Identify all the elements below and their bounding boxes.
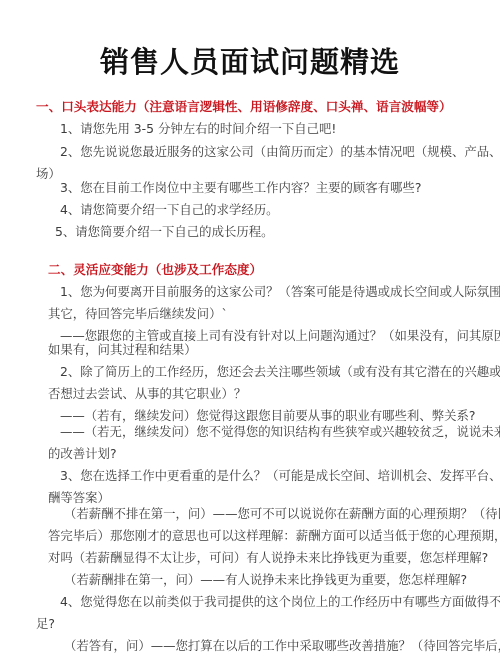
paragraph-line: 的改善计划?	[48, 446, 117, 462]
paragraph-line: ——（若无，继续发问）您不觉得您的知识结构有些狭窄或兴趣较贫乏，说说未来	[60, 424, 500, 440]
paragraph-line: 如果有，问其过程和结果）	[48, 342, 197, 358]
page-title: 销售人员面试问题精选	[0, 40, 500, 81]
paragraph-line: 其它，待回答完毕后继续发问）`	[48, 306, 228, 322]
paragraph-line: ——（若有，继续发问）您觉得这跟您目前要从事的职业有哪些利、弊关系?	[60, 408, 475, 424]
paragraph-line: 对吗（若薪酬显得不太让步，可问）有人说挣未来比挣钱更为重要，您怎样理解?	[48, 550, 488, 566]
paragraph-line: （若答有，问）——您打算在以后的工作中采取哪些改善措施？（待回答完毕后，	[64, 638, 500, 654]
paragraph-line: 否想过去尝试、从事的其它职业）？	[48, 386, 246, 402]
paragraph-line: （若薪酬不排在第一，问）——您可不可以说说你在薪酬方面的心理预期？（待回	[64, 506, 500, 522]
paragraph-line: （若薪酬排在第一，问）——有人说挣未来比挣钱更为重要，您怎样理解?	[64, 572, 467, 588]
paragraph-line: 足?	[36, 616, 55, 632]
paragraph-line: 答完毕后）那您刚才的意思也可以这样理解：薪酬方面可以适当低于您的心理预期，	[48, 528, 500, 544]
paragraph-line: 4、您觉得您在以前类似于我司提供的这个岗位上的工作经历中有哪些方面做得不	[60, 594, 500, 610]
paragraph-line: 2、您先说说您最近服务的这家公司（由简历而定）的基本情况吧（规模、产品、市	[60, 144, 500, 160]
paragraph-line: 2、除了简历上的工作经历，您还会去关注哪些领域（或有没有其它潜在的兴趣或是	[60, 364, 500, 380]
paragraph-line: 5、请您简要介绍一下自己的成长历程。	[55, 224, 274, 240]
paragraph-line: 4、请您简要介绍一下自己的求学经历。	[60, 202, 279, 218]
paragraph-line: 3、您在选择工作中更看重的是什么？（可能是成长空间、培训机会、发挥平台、薪	[60, 468, 500, 484]
paragraph-line: 1、请您先用 3-5 分钟左右的时间介绍一下自己吧!	[60, 121, 336, 137]
paragraph-line: 酬等答案）	[48, 490, 110, 506]
paragraph-line: 1、您为何要离开目前服务的这家公司？（答案可能是待遇或成长空间或人际氛围或	[60, 284, 500, 300]
section-heading-1: 一、口头表达能力（注意语言逻辑性、用语修辞度、口头禅、语言波幅等）	[36, 99, 452, 115]
paragraph-line: 3、您在目前工作岗位中主要有哪些工作内容？主要的顾客有哪些?	[60, 180, 421, 196]
section-heading-2: 二、灵活应变能力（也涉及工作态度）	[48, 262, 262, 278]
paragraph-line: 场）	[36, 166, 61, 182]
